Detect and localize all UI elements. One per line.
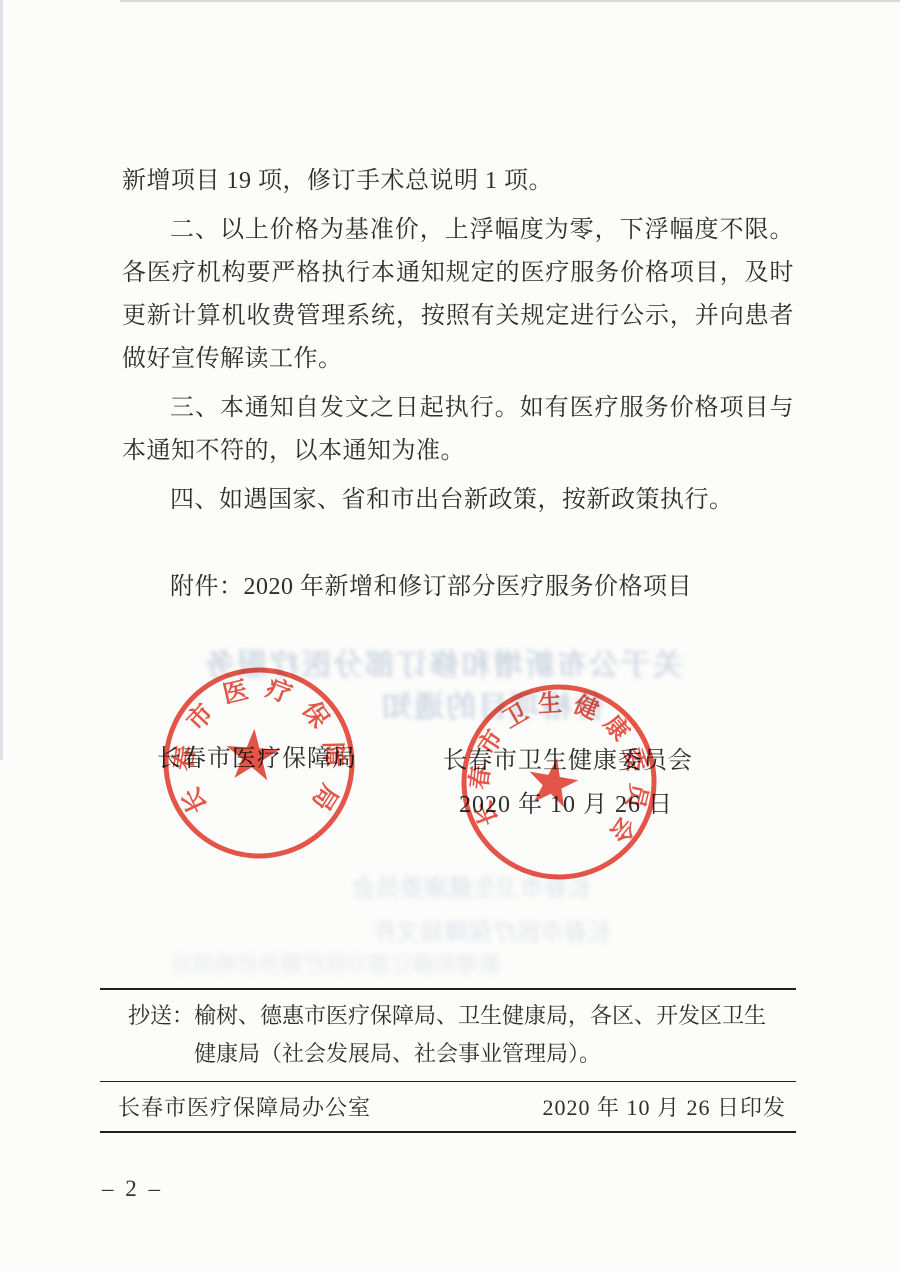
bleedthrough-row-3: 新增和修订部分医疗服务价格项目: [170, 948, 500, 979]
body-paragraph-2: 二、以上价格为基准价，上浮幅度为零，下浮幅度不限。各医疗机构要严格执行本通知规定…: [122, 209, 794, 381]
print-date: 2020 年 10 月 26 日印发: [542, 1091, 786, 1122]
attachment-line: 附件：2020 年新增和修订部分医疗服务价格项目: [122, 566, 794, 609]
body-paragraph-3: 三、本通知自发文之日起执行。如有医疗服务价格项目与本通知不符的，以本通知为准。: [122, 387, 794, 473]
page-number: – 2 –: [102, 1176, 163, 1202]
bleedthrough-row-2: 长春市医疗保障局文件: [372, 912, 612, 947]
svg-text:长春市卫生健康委员会: 长春市卫生健康委员会: [456, 674, 667, 859]
scan-edge-top: [120, 0, 900, 2]
scan-edge-left: [0, 0, 3, 760]
health-commission-seal: 长春市卫生健康委员会: [432, 655, 687, 910]
star-icon: [525, 754, 582, 809]
star-icon: [224, 727, 281, 781]
svg-text:长春市医疗保障局: 长春市医疗保障局: [165, 667, 356, 829]
seal-arc-text-left: 长春市医疗保障局: [165, 667, 356, 829]
issuer-office: 长春市医疗保障局办公室: [118, 1091, 371, 1122]
body-paragraph-4: 四、如遇国家、省和市出台新政策，按新政策执行。: [122, 479, 794, 522]
medical-security-bureau-seal: 长春市医疗保障局: [142, 646, 377, 881]
cc-line-2: 健康局（社会发展局、社会事业管理局）。: [128, 1035, 796, 1073]
cc-line-1: 抄送：榆树、德惠市医疗保障局、卫生健康局，各区、开发区卫生: [128, 997, 796, 1035]
cc-section: 抄送：榆树、德惠市医疗保障局、卫生健康局，各区、开发区卫生 健康局（社会发展局、…: [100, 990, 796, 1082]
footer-block: 抄送：榆树、德惠市医疗保障局、卫生健康局，各区、开发区卫生 健康局（社会发展局、…: [100, 988, 796, 1133]
seal-arc-text-right: 长春市卫生健康委员会: [456, 674, 667, 859]
issuer-row: 长春市医疗保障局办公室 2020 年 10 月 26 日印发: [100, 1082, 796, 1131]
notice-body: 新增项目 19 项，修订手术总说明 1 项。 二、以上价格为基准价，上浮幅度为零…: [122, 160, 794, 609]
document-page: 关于公布新增和修订部分医疗服务 价格项目的通知 长春市卫生健康委员会 长春市医疗…: [0, 0, 900, 1273]
body-paragraph-1: 新增项目 19 项，修订手术总说明 1 项。: [122, 160, 794, 203]
